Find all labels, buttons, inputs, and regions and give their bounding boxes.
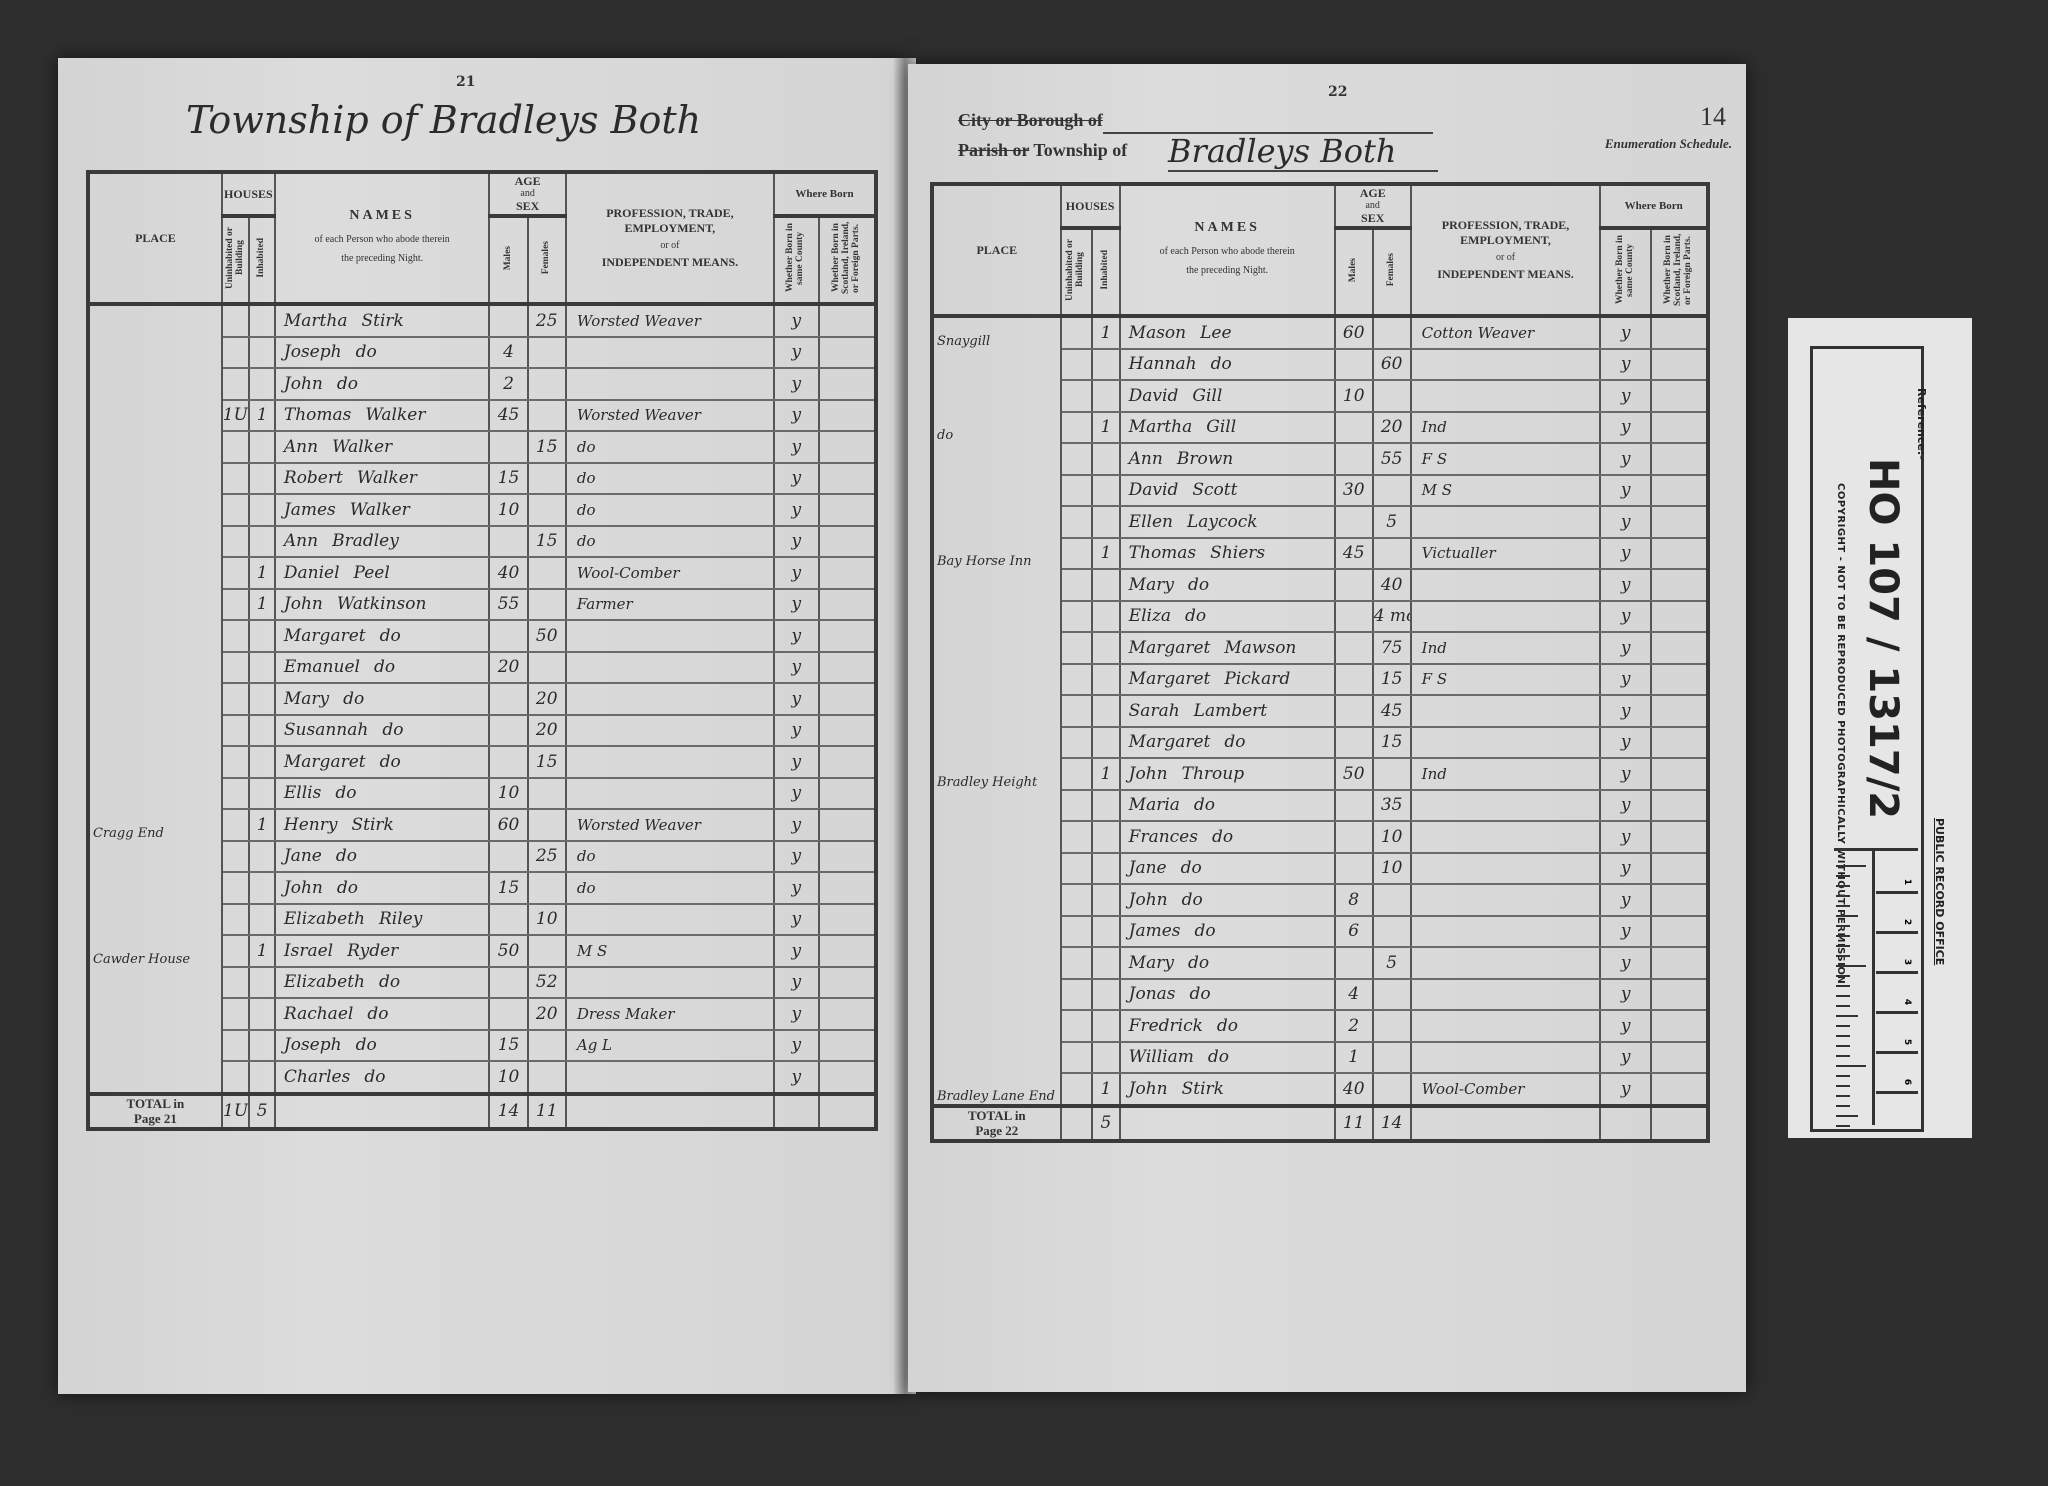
place-cell	[932, 695, 1061, 727]
total-label: TOTAL inPage 21	[88, 1094, 222, 1129]
uninhabited-cell	[1061, 475, 1093, 507]
born-same-county-cell: y	[774, 494, 819, 526]
forename: Joseph	[284, 1035, 342, 1055]
inhabited-cell: 1	[1092, 538, 1119, 570]
born-elsewhere-cell	[819, 557, 876, 589]
census-entry-row: MarthaStirk25Worsted Weavery	[88, 304, 876, 337]
born-elsewhere-cell	[819, 715, 876, 747]
inhabited-cell	[1092, 349, 1119, 381]
profession-cell	[566, 683, 774, 715]
inhabited-cell	[1092, 632, 1119, 664]
uninhabited-cell	[222, 620, 250, 652]
forename: Mary	[1129, 953, 1174, 973]
uninhabited-cell	[222, 463, 250, 495]
female-age-cell: 15	[528, 526, 566, 558]
born-elsewhere-cell	[1651, 412, 1708, 444]
place-cell	[88, 431, 222, 463]
place-cell	[932, 979, 1061, 1011]
born-elsewhere-cell	[819, 494, 876, 526]
male-age-cell: 2	[489, 368, 527, 400]
name-cell: MargaretMawson	[1120, 632, 1335, 664]
census-entry-row: Hannahdo60y	[932, 349, 1708, 381]
forename: John	[1129, 764, 1168, 784]
forename: Susannah	[284, 720, 368, 740]
census-entry-row: JamesWalker10doy	[88, 494, 876, 526]
born-elsewhere-cell	[819, 431, 876, 463]
inhabited-cell: 1	[249, 589, 274, 621]
place-cell	[88, 998, 222, 1030]
inhabited-cell	[249, 337, 274, 369]
forename: Margaret	[1129, 732, 1211, 752]
uninhabited-cell	[1061, 853, 1093, 885]
born-elsewhere-cell	[819, 400, 876, 432]
ruler-number: 3	[1902, 959, 1912, 965]
census-entry-row: RobertWalker15doy	[88, 463, 876, 495]
male-age-cell	[1335, 569, 1373, 601]
place-cell	[932, 506, 1061, 538]
profession-cell	[1411, 884, 1601, 916]
surname: Scott	[1178, 480, 1237, 500]
name-cell: Ellisdo	[275, 778, 490, 810]
surname: Stirk	[1168, 1079, 1224, 1099]
name-cell: Charlesdo	[275, 1061, 490, 1094]
male-age-cell	[1335, 443, 1373, 475]
born-same-county-cell: y	[1600, 758, 1651, 790]
forename: Israel	[284, 941, 333, 961]
female-age-cell	[528, 494, 566, 526]
female-age-cell	[528, 589, 566, 621]
column-header-names: NAMES of each Person who abode therein t…	[275, 172, 490, 304]
place-cell	[932, 475, 1061, 507]
census-table: PLACE HOUSES NAMES of each Person who ab…	[930, 182, 1710, 1143]
inhabited-cell	[249, 526, 274, 558]
place-cell: Bay Horse Inn	[932, 538, 1061, 570]
uninhabited-cell	[222, 998, 250, 1030]
uninhabited-cell	[1061, 1042, 1093, 1074]
column-header-born-elsewhere: Whether Born in Scotland, Ireland, or Fo…	[819, 216, 876, 304]
forename: Robert	[284, 468, 343, 488]
female-age-cell	[528, 872, 566, 904]
surname: Throup	[1168, 764, 1244, 784]
surname: do	[1198, 827, 1233, 847]
inhabited-cell: 1	[1092, 1073, 1119, 1106]
reference-code: HO 107 / 1317/2	[1860, 458, 1906, 819]
surname: do	[1197, 354, 1232, 374]
census-entry-row: Jamesdo6y	[932, 916, 1708, 948]
profession-cell	[1411, 790, 1601, 822]
surname: Laycock	[1173, 512, 1258, 532]
born-same-county-cell: y	[774, 463, 819, 495]
male-age-cell	[489, 841, 527, 873]
name-cell: Williamdo	[1120, 1042, 1335, 1074]
female-age-cell	[1373, 1042, 1411, 1074]
census-entry-row: AnnBrown55F Sy	[932, 443, 1708, 475]
uninhabited-cell	[1061, 884, 1093, 916]
place-cell: do	[932, 412, 1061, 444]
place-cell	[88, 589, 222, 621]
place-cell	[88, 463, 222, 495]
name-cell: ElizabethRiley	[275, 904, 490, 936]
uninhabited-cell: 1Ui	[222, 400, 250, 432]
forename: Rachael	[284, 1004, 353, 1024]
place-cell	[932, 349, 1061, 381]
place-cell: Cawder House	[88, 935, 222, 967]
inhabited-cell	[1092, 443, 1119, 475]
forename: Elizabeth	[284, 909, 365, 929]
male-age-cell: 15	[489, 872, 527, 904]
born-elsewhere-cell	[819, 809, 876, 841]
surname: do	[1174, 575, 1209, 595]
born-same-county-cell: y	[1600, 601, 1651, 633]
census-entry-row: Cawder House1IsraelRyder50M Sy	[88, 935, 876, 967]
female-age-cell: 20	[1373, 412, 1411, 444]
forename: Margaret	[284, 626, 366, 646]
name-cell: EllenLaycock	[1120, 506, 1335, 538]
uninhabited-cell	[222, 304, 250, 337]
uninhabited-cell	[1061, 443, 1093, 475]
born-elsewhere-cell	[1651, 1042, 1708, 1074]
census-entry-row: Elizado4 moy	[932, 601, 1708, 633]
profession-cell	[566, 337, 774, 369]
uninhabited-cell	[222, 809, 250, 841]
profession-cell	[1411, 947, 1601, 979]
total-inhabited: 5	[1092, 1106, 1119, 1141]
column-header-inhabited: Inhabited	[249, 216, 274, 304]
male-age-cell	[1335, 632, 1373, 664]
born-elsewhere-cell	[1651, 695, 1708, 727]
place-cell	[932, 1042, 1061, 1074]
born-elsewhere-cell	[1651, 916, 1708, 948]
uninhabited-cell	[1061, 349, 1093, 381]
census-entry-row: Susannahdo20y	[88, 715, 876, 747]
schedule-number: 14	[1700, 102, 1726, 132]
male-age-cell	[1335, 664, 1373, 696]
female-age-cell	[1373, 979, 1411, 1011]
place-cell	[932, 601, 1061, 633]
forename: Eliza	[1129, 606, 1171, 626]
forename: Thomas	[284, 405, 352, 425]
place-cell	[88, 1030, 222, 1062]
uninhabited-cell	[222, 841, 250, 873]
profession-cell: Victualler	[1411, 538, 1601, 570]
uninhabited-cell	[1061, 947, 1093, 979]
born-same-county-cell: y	[774, 715, 819, 747]
born-same-county-cell: y	[774, 1061, 819, 1094]
profession-cell	[1411, 349, 1601, 381]
male-age-cell	[1335, 412, 1373, 444]
township-heading: Township of Bradleys Both	[186, 98, 701, 142]
inhabited-cell	[1092, 790, 1119, 822]
total-males: 11	[1335, 1106, 1373, 1141]
name-cell: Hannahdo	[1120, 349, 1335, 381]
surname: do	[323, 878, 358, 898]
place-cell: Bradley Height	[932, 758, 1061, 790]
inhabited-cell	[249, 652, 274, 684]
surname: do	[1180, 795, 1215, 815]
surname: do	[366, 626, 401, 646]
census-entry-row: Cragg End1HenryStirk60Worsted Weavery	[88, 809, 876, 841]
female-age-cell: 15	[528, 431, 566, 463]
forename: Martha	[284, 311, 348, 331]
place-cell	[88, 872, 222, 904]
place-cell	[88, 337, 222, 369]
born-same-county-cell: y	[774, 368, 819, 400]
profession-cell	[1411, 821, 1601, 853]
name-cell: RobertWalker	[275, 463, 490, 495]
place-cell	[88, 841, 222, 873]
born-elsewhere-cell	[1651, 538, 1708, 570]
name-cell: Francesdo	[1120, 821, 1335, 853]
born-same-county-cell: y	[1600, 1042, 1651, 1074]
inhabited-cell	[249, 998, 274, 1030]
profession-cell: F S	[1411, 664, 1601, 696]
profession-cell: Wool-Comber	[566, 557, 774, 589]
born-same-county-cell: y	[774, 809, 819, 841]
inhabited-cell	[249, 1030, 274, 1062]
uninhabited-cell	[222, 746, 250, 778]
column-header-names: NAMES of each Person who abode therein t…	[1120, 184, 1335, 316]
census-entry-row: Mariado35y	[932, 790, 1708, 822]
uninhabited-cell	[1061, 316, 1093, 349]
column-header-uninhabited: Uninhabited or Building	[222, 216, 250, 304]
uninhabited-cell	[222, 652, 250, 684]
forename: John	[284, 878, 323, 898]
census-entry-row: Josephdo4y	[88, 337, 876, 369]
female-age-cell	[528, 652, 566, 684]
place-cell	[932, 916, 1061, 948]
profession-cell: M S	[566, 935, 774, 967]
male-age-cell	[1335, 349, 1373, 381]
inhabited-cell	[249, 431, 274, 463]
inhabited-cell	[1092, 821, 1119, 853]
born-same-county-cell: y	[1600, 1073, 1651, 1106]
inhabited-cell	[249, 304, 274, 337]
born-same-county-cell: y	[1600, 443, 1651, 475]
male-age-cell: 45	[1335, 538, 1373, 570]
column-header-born-same-county: Whether Born in same County	[1600, 228, 1651, 316]
forename: Mason	[1129, 323, 1186, 343]
born-elsewhere-cell	[1651, 569, 1708, 601]
column-header-born-same-county: Whether Born in same County	[774, 216, 819, 304]
forename: David	[1129, 480, 1179, 500]
profession-cell	[1411, 727, 1601, 759]
female-age-cell: 20	[528, 998, 566, 1030]
place-cell	[88, 904, 222, 936]
born-elsewhere-cell	[1651, 727, 1708, 759]
uninhabited-cell	[222, 368, 250, 400]
census-entry-row: Francesdo10y	[932, 821, 1708, 853]
profession-cell	[1411, 601, 1601, 633]
profession-cell	[1411, 695, 1601, 727]
record-office-label: PUBLIC RECORD OFFICE	[1933, 818, 1946, 965]
column-header-inhabited: Inhabited	[1092, 228, 1119, 316]
inhabited-cell	[249, 494, 274, 526]
inhabited-cell	[249, 683, 274, 715]
surname: do	[329, 689, 364, 709]
place-cell	[88, 304, 222, 337]
surname: do	[353, 1004, 388, 1024]
female-age-cell	[1373, 758, 1411, 790]
column-header-males: Males	[489, 216, 527, 304]
column-header-females: Females	[528, 216, 566, 304]
born-same-county-cell: y	[774, 304, 819, 337]
page-number: 21	[456, 74, 475, 90]
scale-ruler-icon: 123456	[1834, 848, 1918, 1125]
name-cell: AnnBradley	[275, 526, 490, 558]
uninhabited-cell	[222, 337, 250, 369]
name-cell: Jonasdo	[1120, 979, 1335, 1011]
inhabited-cell	[1092, 947, 1119, 979]
born-same-county-cell: y	[774, 620, 819, 652]
uninhabited-cell	[1061, 506, 1093, 538]
female-age-cell	[1373, 316, 1411, 349]
born-same-county-cell: y	[1600, 316, 1651, 349]
profession-cell	[566, 652, 774, 684]
profession-cell	[1411, 380, 1601, 412]
profession-cell: Ag L	[566, 1030, 774, 1062]
forename: Maria	[1129, 795, 1180, 815]
profession-cell: Worsted Weaver	[566, 400, 774, 432]
female-age-cell	[528, 935, 566, 967]
profession-cell	[1411, 853, 1601, 885]
born-same-county-cell: y	[774, 683, 819, 715]
ruler-number: 4	[1902, 999, 1912, 1005]
profession-cell: Ind	[1411, 632, 1601, 664]
forename: Mary	[284, 689, 329, 709]
female-age-cell: 25	[528, 841, 566, 873]
inhabited-cell: 1	[249, 809, 274, 841]
male-age-cell: 8	[1335, 884, 1373, 916]
census-entry-row: MargaretMawson75Indy	[932, 632, 1708, 664]
female-age-cell	[528, 337, 566, 369]
place-cell	[88, 967, 222, 999]
census-entry-row: DavidGill10y	[932, 380, 1708, 412]
name-cell: DavidGill	[1120, 380, 1335, 412]
surname: do	[1168, 890, 1203, 910]
uninhabited-cell	[222, 715, 250, 747]
inhabited-cell	[1092, 884, 1119, 916]
surname: Ryder	[333, 941, 398, 961]
uninhabited-cell	[1061, 758, 1093, 790]
total-label: TOTAL inPage 22	[932, 1106, 1061, 1141]
born-same-county-cell: y	[1600, 790, 1651, 822]
census-entry-row: EllenLaycock5y	[932, 506, 1708, 538]
surname: Gill	[1192, 417, 1236, 437]
forename: Margaret	[1129, 638, 1211, 658]
township-value: Bradleys Both	[1168, 132, 1438, 172]
female-age-cell: 35	[1373, 790, 1411, 822]
inhabited-cell: 1	[249, 400, 274, 432]
uninhabited-cell	[1061, 1073, 1093, 1106]
inhabited-cell	[249, 841, 274, 873]
surname: Walker	[318, 437, 392, 457]
profession-cell	[1411, 569, 1601, 601]
inhabited-cell	[1092, 853, 1119, 885]
census-page-21: 21 Township of Bradleys Both PLACE HOUSE…	[58, 58, 904, 1394]
inhabited-cell	[1092, 601, 1119, 633]
column-header-males: Males	[1335, 228, 1373, 316]
profession-cell: Cotton Weaver	[1411, 316, 1601, 349]
surname: Gill	[1178, 386, 1222, 406]
name-cell: ThomasShiers	[1120, 538, 1335, 570]
male-age-cell	[1335, 506, 1373, 538]
born-same-county-cell: y	[774, 431, 819, 463]
born-elsewhere-cell	[819, 904, 876, 936]
uninhabited-cell	[222, 683, 250, 715]
born-same-county-cell: y	[774, 935, 819, 967]
female-age-cell	[1373, 1073, 1411, 1106]
born-same-county-cell: y	[1600, 916, 1651, 948]
male-age-cell: 60	[489, 809, 527, 841]
surname: Brown	[1163, 449, 1233, 469]
ruler-number: 1	[1902, 879, 1912, 885]
column-header-born-elsewhere: Whether Born in Scotland, Ireland, or Fo…	[1651, 228, 1708, 316]
female-age-cell: 50	[528, 620, 566, 652]
name-cell: AnnWalker	[275, 431, 490, 463]
profession-cell	[1411, 979, 1601, 1011]
place-cell	[932, 443, 1061, 475]
male-age-cell: 40	[1335, 1073, 1373, 1106]
census-page-22: 22 14 Enumeration Schedule. City or Boro…	[908, 64, 1746, 1392]
name-cell: AnnBrown	[1120, 443, 1335, 475]
male-age-cell	[489, 967, 527, 999]
place-cell	[932, 664, 1061, 696]
forename: John	[284, 594, 323, 614]
profession-cell: do	[566, 431, 774, 463]
surname: Mawson	[1210, 638, 1296, 658]
born-elsewhere-cell	[819, 841, 876, 873]
forename: Hannah	[1129, 354, 1197, 374]
male-age-cell: 30	[1335, 475, 1373, 507]
inhabited-cell	[1092, 1042, 1119, 1074]
female-age-cell: 10	[1373, 853, 1411, 885]
place-cell	[88, 620, 222, 652]
profession-cell: F S	[1411, 443, 1601, 475]
profession-cell	[566, 778, 774, 810]
profession-cell: Ind	[1411, 412, 1601, 444]
census-entry-row: do1MarthaGill20Indy	[932, 412, 1708, 444]
uninhabited-cell	[222, 1061, 250, 1094]
place-cell	[932, 884, 1061, 916]
born-same-county-cell: y	[1600, 412, 1651, 444]
surname: do	[342, 1035, 377, 1055]
place-cell: Cragg End	[88, 809, 222, 841]
inhabited-cell	[1092, 380, 1119, 412]
place-cell	[88, 746, 222, 778]
born-elsewhere-cell	[1651, 853, 1708, 885]
name-cell: Margaretdo	[1120, 727, 1335, 759]
inhabited-cell: 1	[249, 935, 274, 967]
born-same-county-cell: y	[774, 526, 819, 558]
profession-cell	[566, 620, 774, 652]
inhabited-cell	[249, 368, 274, 400]
inhabited-cell: 1	[249, 557, 274, 589]
surname: Walker	[343, 468, 417, 488]
census-entry-row: Marydo40y	[932, 569, 1708, 601]
forename: Charles	[284, 1067, 350, 1087]
name-cell: Marydo	[275, 683, 490, 715]
born-elsewhere-cell	[1651, 758, 1708, 790]
forename: James	[284, 500, 336, 520]
female-age-cell: 5	[1373, 506, 1411, 538]
female-age-cell	[1373, 1010, 1411, 1042]
female-age-cell	[528, 557, 566, 589]
profession-cell: Worsted Weaver	[566, 304, 774, 337]
name-cell: Josephdo	[275, 337, 490, 369]
census-entry-row: Bay Horse Inn1ThomasShiers45Victuallery	[932, 538, 1708, 570]
census-entry-row: SarahLambert45y	[932, 695, 1708, 727]
male-age-cell: 10	[489, 778, 527, 810]
